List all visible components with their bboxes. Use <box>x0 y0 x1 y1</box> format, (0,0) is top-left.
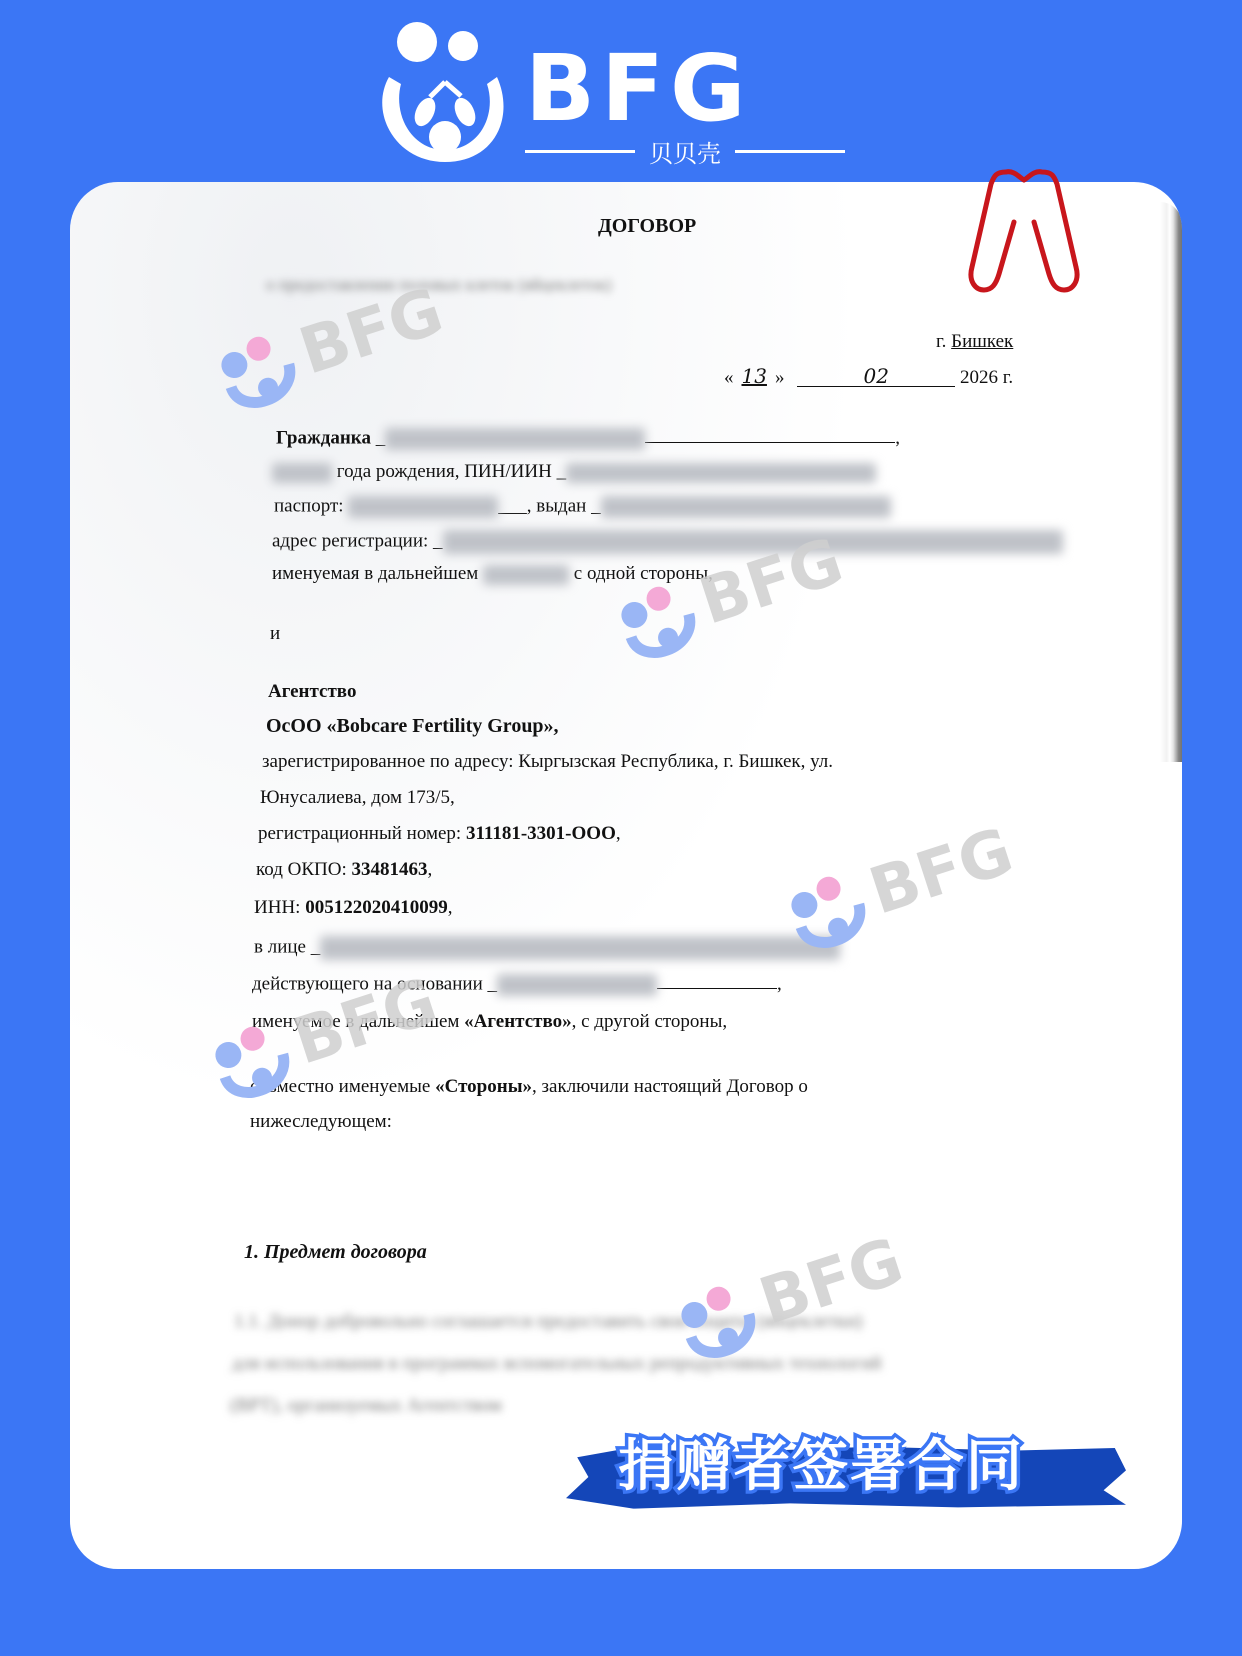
okpo-label: код ОКПО: <box>256 859 347 880</box>
redacted-birth-year <box>272 463 332 483</box>
date-day: 13 <box>734 364 775 388</box>
issued-label: , выдан <box>527 495 587 516</box>
donor-name-line: Гражданка _, <box>276 428 900 450</box>
donor-passport-line: паспорт: ___, выдан _ <box>274 496 891 518</box>
banner: 捐赠者签署合同 <box>566 1420 1126 1512</box>
parties-alias: «Стороны» <box>435 1076 532 1097</box>
parties-line: совместно именуемые «Стороны», заключили… <box>250 1077 808 1096</box>
parties-suffix: , заключили настоящий Договор о <box>532 1076 808 1097</box>
divider <box>525 150 635 153</box>
brand-logo: BFG 贝贝壳 <box>375 22 845 172</box>
svg-text:BFG: BFG <box>525 35 751 142</box>
divider <box>735 150 845 153</box>
brand-subtitle: 贝贝壳 <box>649 134 721 169</box>
date-year: 2026 г. <box>960 367 1013 388</box>
redacted-address <box>443 530 1063 554</box>
agency-basis-line: действующего на основании _, <box>252 974 782 996</box>
agency-address-line1: зарегистрированное по адресу: Кыргызская… <box>262 752 833 771</box>
city-line: г. Бишкек <box>936 332 1013 351</box>
parties-prefix: совместно именуемые <box>250 1076 430 1097</box>
donor-alias-line: именуемая в дальнейшем с одной стороны, <box>272 564 713 585</box>
one-side-text: с одной стороны, <box>574 563 713 584</box>
agency-represented-line: в лице _ <box>254 936 840 960</box>
donor-birth-line: года рождения, ПИН/ИИН _ <box>272 462 876 483</box>
and-conjunction: и <box>270 624 280 643</box>
agency-alias-line: именуемое в дальнейшем «Агентство», с др… <box>252 1012 727 1031</box>
donor-label: Гражданка <box>276 427 371 448</box>
date-month: 02 <box>797 366 955 387</box>
hereinafter-label: именуемая в дальнейшем <box>272 563 478 584</box>
city: Бишкек <box>951 331 1013 352</box>
contract-date: «13» 02 2026 г. <box>724 366 1013 387</box>
document-title: ДОГОВОР <box>598 216 696 236</box>
redacted-pin <box>566 463 876 483</box>
agency-label: Агентство <box>268 682 356 701</box>
agency-reg-number: регистрационный номер: 311181-3301-ООО, <box>258 824 621 843</box>
quote-close: » <box>775 367 785 388</box>
city-prefix: г. <box>936 331 946 352</box>
redacted-name <box>385 428 645 450</box>
agency-alias: «Агентство» <box>464 1011 571 1032</box>
redacted-donor-alias <box>483 565 569 585</box>
passport-label: паспорт: <box>274 495 344 516</box>
okpo-value: 33481463 <box>352 859 428 880</box>
birth-pin-label: года рождения, ПИН/ИИН <box>337 461 552 482</box>
redacted-representative <box>320 936 840 960</box>
agency-address-line2: Юнусалиева, дом 173/5, <box>260 788 455 807</box>
section-1-line-2: для использования в программах вспомогат… <box>232 1354 882 1373</box>
paperclip-icon <box>966 162 1086 302</box>
quote-open: « <box>724 367 734 388</box>
reg-label: регистрационный номер: <box>258 823 461 844</box>
donor-address-line: адрес регистрации: _ <box>272 530 1063 554</box>
agency-name: ОсОО «Bobcare Fertility Group», <box>266 716 559 736</box>
contract-document: ДОГОВОР о предоставлении половых клеток … <box>70 182 1182 1569</box>
agency-okpo: код ОКПО: 33481463, <box>256 860 432 879</box>
document-card: ДОГОВОР о предоставлении половых клеток … <box>70 182 1182 1569</box>
represented-label: в лице <box>254 936 306 957</box>
basis-label: действующего на основании <box>252 973 483 994</box>
document-subtitle-redacted: о предоставлении половых клеток (яйцекле… <box>266 276 612 293</box>
address-label: адрес регистрации: <box>272 530 428 551</box>
reg-value: 311181-3301-ООО <box>466 823 616 844</box>
section-1-line-3: (ВРТ), организуемых Агентством <box>230 1396 502 1415</box>
brand-subtitle-row: 贝贝壳 <box>525 134 845 169</box>
section-1-heading: 1. Предмет договора <box>244 1242 427 1262</box>
agency-hereinafter: именуемое в дальнейшем <box>252 1011 459 1032</box>
other-side-text: , с другой стороны, <box>572 1011 728 1032</box>
agency-inn: ИНН: 005122020410099, <box>254 898 452 917</box>
redacted-passport <box>348 496 498 518</box>
banner-title: 捐赠者签署合同 <box>618 1422 1024 1502</box>
inn-value: 005122020410099 <box>305 897 448 918</box>
redacted-basis <box>497 974 657 996</box>
section-1-line-1: 1.1. Донор добровольно соглашается предо… <box>234 1312 862 1331</box>
inn-label: ИНН: <box>254 897 300 918</box>
parties-line2: нижеследующем: <box>250 1112 392 1131</box>
redacted-issuer <box>601 496 891 518</box>
